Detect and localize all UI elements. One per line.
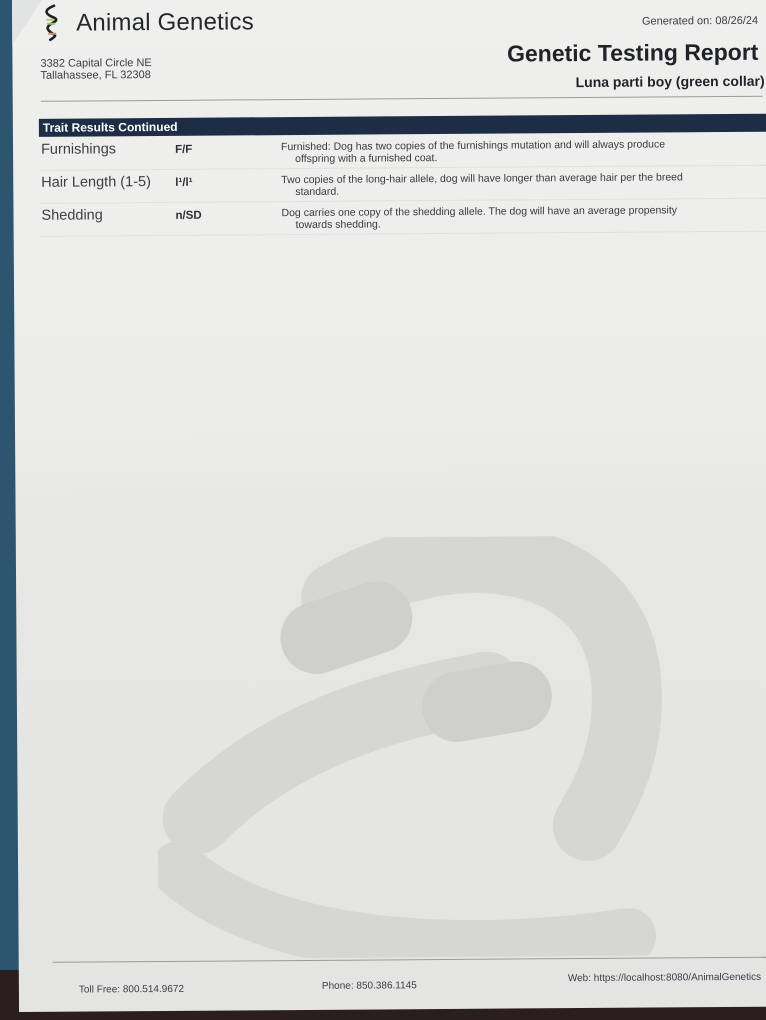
phone-number: Phone: 850.386.1145 [322,980,417,992]
trait-name: Hair Length (1-5) [41,174,151,191]
trait-genotype: F/F [175,144,192,156]
trait-genotype: n/SD [175,210,201,222]
website-address: Web: https://localhost:8080/AnimalGeneti… [568,972,761,984]
trait-description: Two copies of the long-hair allele, dog … [281,171,741,198]
trait-description-line: towards shedding. [282,216,742,231]
generated-date: Generated on: 08/26/24 [642,15,758,28]
table-row: Hair Length (1-5) l¹/l¹ Two copies of th… [39,166,766,204]
dna-helix-watermark-icon [156,535,679,959]
dna-helix-icon [40,4,62,44]
trait-results-table: Furnishings F/F Furnished: Dog has two c… [39,133,766,237]
brand-name: Animal Genetics [76,8,254,37]
report-footer: Toll Free: 800.514.9672 Phone: 850.386.1… [79,978,766,983]
trait-description-line: offspring with a furnished coat. [281,150,741,165]
trait-name: Furnishings [41,141,116,158]
address-line-1: 3382 Capital Circle NE [40,57,151,70]
brand-logo: Animal Genetics [40,2,254,43]
folded-corner [12,0,42,45]
toll-free-number: Toll Free: 800.514.9672 [79,984,184,996]
trait-description: Furnished: Dog has two copies of the fur… [281,138,741,165]
trait-genotype: l¹/l¹ [175,177,192,189]
table-row: Furnishings F/F Furnished: Dog has two c… [39,133,766,171]
trait-description: Dog carries one copy of the shedding all… [281,204,741,231]
company-address: 3382 Capital Circle NE Tallahassee, FL 3… [40,57,151,82]
trait-name: Shedding [41,207,102,223]
address-line-2: Tallahassee, FL 32308 [40,69,151,82]
header-divider [41,96,763,102]
table-row: Shedding n/SD Dog carries one copy of th… [39,199,766,237]
dog-name: Luna parti boy (green collar) [575,73,764,90]
report-page: Animal Genetics 3382 Capital Circle NE T… [12,0,766,1012]
report-title: Genetic Testing Report [507,39,759,68]
